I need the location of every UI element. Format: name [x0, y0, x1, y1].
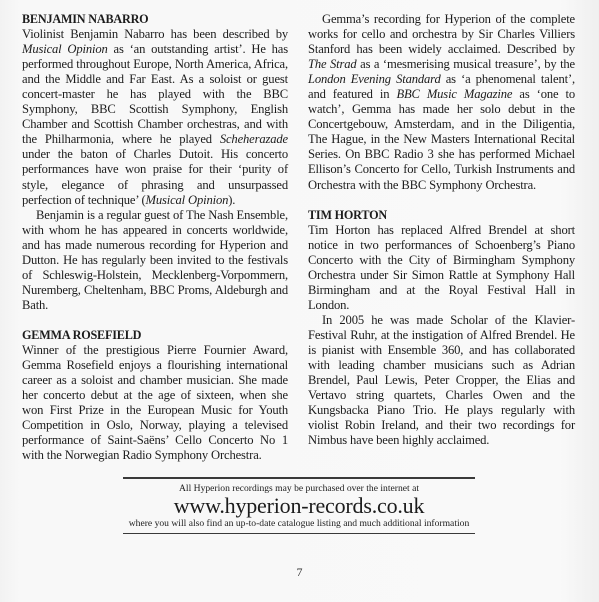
left-column: BENJAMIN NABARRO Violinist Benjamin Naba…: [22, 12, 288, 463]
top-rule: [123, 477, 475, 479]
bottom-rule: [123, 533, 475, 535]
text-run: In 2005 he was made Scholar of the Klavi…: [308, 313, 575, 447]
right-column: Gemma’s recording for Hyperion of the co…: [308, 12, 575, 448]
text-run: as a ‘mesmerising musical treasure’, by …: [357, 57, 575, 71]
bio-paragraph: Tim Horton has replaced Alfred Brendel a…: [308, 223, 575, 313]
publication-title: London Evening Standard: [308, 72, 441, 86]
website-url: www.hyperion-records.co.uk: [123, 494, 475, 518]
bio-paragraph: Winner of the prestigious Pierre Fournie…: [22, 343, 288, 463]
bio-paragraph: Gemma’s recording for Hyperion of the co…: [308, 12, 575, 193]
heading-gemma-rosefield: GEMMA ROSEFIELD: [22, 328, 288, 343]
heading-tim-horton: TIM HORTON: [308, 208, 575, 223]
work-title: Scheherazade: [220, 132, 288, 146]
bio-paragraph: Benjamin is a regular guest of The Nash …: [22, 208, 288, 313]
text-run: as ‘one to watch’, Gemma has made her so…: [308, 87, 575, 191]
heading-benjamin-nabarro: BENJAMIN NABARRO: [22, 12, 288, 27]
page-number: 7: [0, 565, 599, 580]
publication-title: Musical Opinion: [22, 42, 108, 56]
text-run: Benjamin is a regular guest of The Nash …: [22, 208, 288, 312]
booklet-page: BENJAMIN NABARRO Violinist Benjamin Naba…: [0, 0, 599, 602]
text-run: Gemma’s recording for Hyperion of the co…: [308, 12, 575, 56]
text-run: ).: [228, 193, 235, 207]
purchase-notice-detail: where you will also find an up-to-date c…: [123, 518, 475, 530]
publication-title: Musical Opinion: [146, 193, 229, 207]
bio-paragraph: Violinist Benjamin Nabarro has been desc…: [22, 27, 288, 208]
bio-paragraph: In 2005 he was made Scholar of the Klavi…: [308, 313, 575, 448]
text-run: Winner of the prestigious Pierre Fournie…: [22, 343, 288, 462]
publication-title: BBC Music Magazine: [396, 87, 512, 101]
text-run: as ‘an outstanding artist’. He has perfo…: [22, 42, 288, 146]
purchase-notice: All Hyperion recordings may be purchased…: [123, 477, 475, 534]
publication-title: The Strad: [308, 57, 357, 71]
purchase-notice-intro: All Hyperion recordings may be purchased…: [123, 483, 475, 494]
text-run: Tim Horton has replaced Alfred Brendel a…: [308, 223, 575, 312]
text-run: Violinist Benjamin Nabarro has been desc…: [22, 27, 288, 41]
